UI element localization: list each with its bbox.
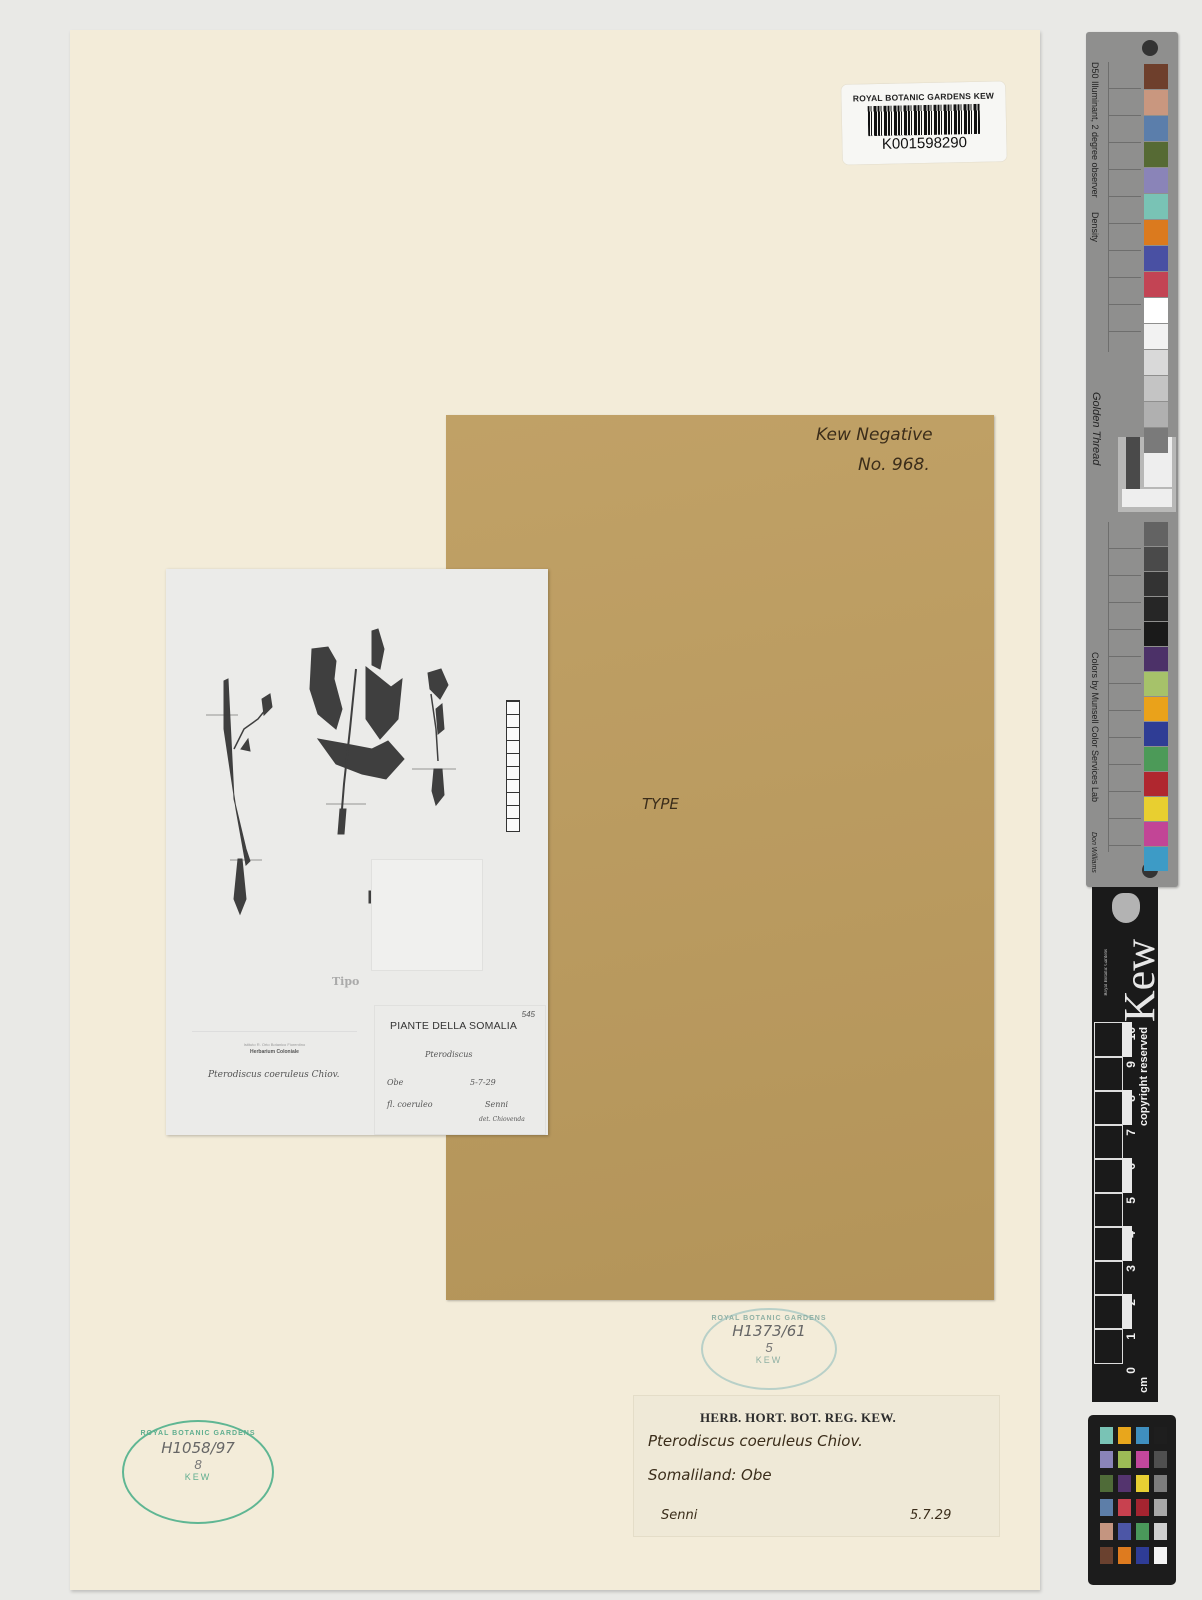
checker-patch (1136, 1523, 1149, 1540)
photo-packet (371, 859, 483, 971)
kew-label-collector: Senni (661, 1508, 697, 1523)
kew-scale-unit: cm (1138, 1377, 1150, 1393)
kew-accession-stamp: ROYAL BOTANIC GARDENS H1058/97 8 KEW (122, 1420, 274, 1524)
scale-block-white (1122, 1022, 1132, 1057)
photo-tipo-mark: Tipo (332, 975, 359, 988)
color-swatch (1144, 622, 1168, 646)
photo-label-herbarium-name: Herbarium Coloniale (192, 1049, 357, 1055)
checker-patch (1100, 1523, 1113, 1540)
checker-patch (1118, 1475, 1131, 1492)
color-checker-card (1088, 1415, 1176, 1585)
checker-patch (1118, 1451, 1131, 1468)
scale-block-white (1122, 1226, 1132, 1261)
ruler-illuminant-text: D50 Illuminant, 2 degree observer (1090, 62, 1100, 198)
ruler-signature: Don Williams (1090, 832, 1097, 873)
color-swatch (1144, 597, 1168, 621)
kew-brand-sub: Royal Botanic Gardens (1104, 949, 1109, 996)
checker-patch (1100, 1451, 1113, 1468)
kew-determination-label: HERB. HORT. BOT. REG. KEW. Pterodiscus c… (633, 1395, 1000, 1537)
photo-label-locality: Obe (387, 1078, 403, 1087)
checker-patch (1100, 1427, 1113, 1444)
photo-label-determiner: det. Chiovenda (479, 1116, 525, 1123)
envelope-note-number: No. 968. (858, 455, 930, 475)
checker-patch (1154, 1451, 1167, 1468)
scale-tick-label: 1 (1124, 1333, 1138, 1340)
color-swatch (1144, 797, 1168, 821)
checker-patch (1118, 1523, 1131, 1540)
color-swatch (1144, 350, 1168, 375)
color-swatch (1144, 747, 1168, 771)
photo-label-somalia: 545 PIANTE DELLA SOMALIA Pterodiscus Obe… (374, 1005, 546, 1135)
checker-patch (1100, 1475, 1113, 1492)
scale-block (1094, 1124, 1123, 1160)
checker-patch (1118, 1427, 1131, 1444)
kew-label-taxon: Pterodiscus coeruleus Chiov. (648, 1432, 863, 1450)
barcode-institution: ROYAL BOTANIC GARDENS KEW (841, 90, 1005, 103)
stamp-sub: 8 (124, 1457, 272, 1472)
photo-label-collector: Senni (485, 1100, 508, 1109)
photo-label-herbarium: Istituto R. Orto Botanico Fiorentino Her… (192, 1031, 357, 1122)
kew-logo: Kew (1114, 939, 1165, 1022)
color-swatch (1144, 572, 1168, 596)
photo-label-date: 5-7-29 (470, 1078, 496, 1087)
scale-block (1094, 1192, 1123, 1228)
checker-patch (1154, 1427, 1167, 1444)
stamp-text: ROYAL BOTANIC GARDENS (703, 1315, 835, 1322)
checker-patch (1136, 1451, 1149, 1468)
checker-patch (1118, 1547, 1131, 1564)
color-swatch (1144, 246, 1168, 271)
color-swatch (1144, 116, 1168, 141)
checker-patch (1154, 1475, 1167, 1492)
color-swatch (1144, 697, 1168, 721)
photo-label-genus: Pterodiscus (425, 1050, 473, 1059)
scale-block-white (1122, 1158, 1132, 1193)
color-swatch (1144, 298, 1168, 323)
ruler-density-label: Density (1090, 212, 1100, 242)
scale-block (1094, 1260, 1123, 1296)
scale-block (1094, 1090, 1123, 1126)
color-swatch (1144, 772, 1168, 796)
checker-patch (1154, 1499, 1167, 1516)
kew-label-header: HERB. HORT. BOT. REG. KEW. (700, 1410, 896, 1426)
checker-patch (1100, 1499, 1113, 1516)
scale-block (1094, 1022, 1123, 1058)
color-swatch (1144, 324, 1168, 349)
scale-block (1094, 1294, 1123, 1330)
checker-patch (1136, 1427, 1149, 1444)
color-swatch (1144, 402, 1168, 427)
stamp-footer: KEW (124, 1472, 272, 1482)
color-swatch (1144, 647, 1168, 671)
scale-tick-label: 5 (1124, 1197, 1138, 1204)
color-swatch (1144, 194, 1168, 219)
kew-label-locality: Somaliland: Obe (648, 1466, 772, 1484)
scale-block (1094, 1328, 1123, 1364)
barcode-label: ROYAL BOTANIC GARDENS KEW K001598290 (841, 81, 1007, 164)
checker-patch (1100, 1547, 1113, 1564)
stamp-footer: KEW (703, 1355, 835, 1365)
checker-patch (1118, 1499, 1131, 1516)
color-swatch (1144, 522, 1168, 546)
stamp-accession: H1058/97 (124, 1439, 272, 1457)
scale-block-white (1122, 1294, 1132, 1329)
stamp-text: ROYAL BOTANIC GARDENS (124, 1430, 272, 1437)
color-swatch (1144, 90, 1168, 115)
ruler-density-table (1108, 62, 1141, 352)
kew-scale-bar: Royal Botanic Gardens Kew copyright rese… (1092, 887, 1158, 1402)
scale-block (1094, 1056, 1123, 1092)
checker-patch (1136, 1547, 1149, 1564)
checker-patch (1154, 1547, 1167, 1564)
kew-accession-stamp: ROYAL BOTANIC GARDENS H1373/61 5 KEW (701, 1308, 837, 1390)
scale-block-white (1122, 1090, 1132, 1125)
photo-label-taxon: Pterodiscus coeruleus Chiov. (208, 1070, 357, 1080)
photo-label-number: 545 (522, 1010, 535, 1019)
envelope-note-negative: Kew Negative (816, 425, 933, 445)
envelope-type-mark: TYPE (642, 795, 679, 813)
barcode-number: K001598290 (842, 133, 1006, 153)
color-swatch (1144, 672, 1168, 696)
scale-block (1094, 1158, 1123, 1194)
color-swatch (1144, 376, 1168, 401)
color-swatch (1144, 142, 1168, 167)
scale-tick-label: 3 (1124, 1265, 1138, 1272)
stamp-accession: H1373/61 (703, 1322, 835, 1340)
checker-patch (1154, 1523, 1167, 1540)
color-swatch (1144, 847, 1168, 871)
color-swatch (1144, 220, 1168, 245)
color-swatch (1144, 722, 1168, 746)
ruler-munsell-text: Colors by Munsell Color Services Lab (1090, 652, 1100, 802)
color-swatch (1144, 428, 1168, 453)
scale-tick-label: 0 (1124, 1367, 1138, 1374)
kew-label-date: 5.7.29 (910, 1508, 951, 1523)
scale-tick-label: 7 (1124, 1129, 1138, 1136)
ruler-hole-icon (1142, 40, 1158, 56)
scale-tick-label: 9 (1124, 1061, 1138, 1068)
kew-crest-icon (1112, 893, 1140, 923)
photo-label-title: PIANTE DELLA SOMALIA (390, 1020, 517, 1032)
color-calibration-ruler: D50 Illuminant, 2 degree observer Densit… (1086, 32, 1178, 887)
color-swatch (1144, 168, 1168, 193)
ruler-density-table (1108, 522, 1141, 852)
stamp-sub: 5 (703, 1340, 835, 1355)
color-swatch (1144, 547, 1168, 571)
photo-scale-ruler (506, 700, 520, 832)
kew-copyright: copyright reserved (1138, 1027, 1150, 1126)
color-swatch (1144, 64, 1168, 89)
type-photograph: Tipo Istituto R. Orto Botanico Fiorentin… (166, 569, 548, 1135)
checker-patch (1136, 1499, 1149, 1516)
barcode-icon (868, 104, 981, 136)
color-swatch (1144, 822, 1168, 846)
checker-patch (1136, 1475, 1149, 1492)
photo-label-flower: fl. coeruleo (387, 1100, 433, 1109)
ruler-brand-script: Golden Thread (1090, 392, 1102, 465)
scale-block (1094, 1226, 1123, 1262)
color-swatch (1144, 272, 1168, 297)
photo-label-institute: Istituto R. Orto Botanico Fiorentino (192, 1042, 357, 1047)
